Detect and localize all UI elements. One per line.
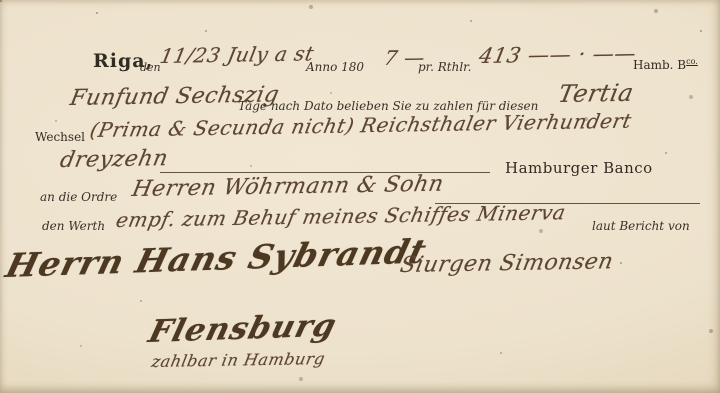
date-handwritten: 11/23 July a st <box>158 41 316 68</box>
drawee-name-handwritten: Herrn Hans Sybrandt <box>2 232 431 285</box>
amount-handwritten: 413 —— · —— <box>477 41 639 68</box>
laut-bericht-von-label: laut Bericht von <box>592 219 690 233</box>
hamburger-banco-label: Hamburger Banco <box>505 159 653 177</box>
payable-note-handwritten: zahlbar in Hamburg <box>150 349 327 371</box>
drawer-signature-handwritten: Siurgen Simonsen <box>398 249 616 278</box>
hamb-bco-sup: co. <box>686 57 698 66</box>
hamb-bco-main: Hamb. B <box>633 58 686 72</box>
hamb-bco-label: Hamb. Bco. <box>633 57 698 72</box>
amount-words-handwritten: dreyzehn <box>58 146 170 173</box>
foxing-specks <box>0 0 2 2</box>
copy-designation-handwritten: Tertia <box>556 79 636 108</box>
payee-handwritten: Herren Wöhrmann & Sohn <box>130 172 446 202</box>
prima-secunda-handwritten: (Prima & Secunda nicht) Reichsthaler Vie… <box>88 109 634 142</box>
anno-label: Anno 180 <box>306 60 364 74</box>
bill-of-exchange-document: Riga, den 11/23 July a st Anno 180 7 — p… <box>0 0 720 393</box>
value-clause-handwritten: empf. zum Behuf meines Schiffes Minerva <box>114 200 568 232</box>
den-werth-label: den Werth <box>42 219 105 233</box>
per-rthlr-label: pr. Rthlr. <box>418 60 471 74</box>
wechsel-label: Wechsel <box>35 130 85 144</box>
an-die-ordre-label: an die Ordre <box>40 190 117 204</box>
place-handwritten: Flensburg <box>145 308 341 350</box>
